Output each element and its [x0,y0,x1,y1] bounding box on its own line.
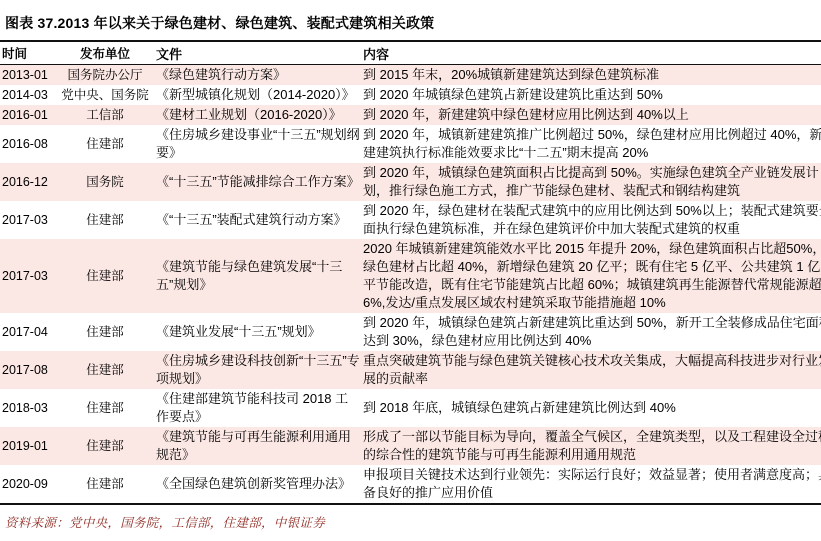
row-date: 2016-08 [0,135,58,153]
page-title: 图表 37.2013 年以来关于绿色建材、绿色建筑、装配式建筑相关政策 [0,0,821,40]
row-date: 2016-01 [0,106,58,124]
row-date: 2019-01 [0,437,58,455]
row-content: 到 2020 年，城镇绿色建筑占新建建筑比重达到 50%，新开工全装修成品住宅面… [362,314,821,350]
row-publisher: 住建部 [58,361,152,379]
row-publisher: 住建部 [58,211,152,229]
row-content: 申报项目关键技术达到行业领先：实际运行良好；效益显著；使用者满意度高；具备良好的… [362,466,821,502]
row-date: 2017-03 [0,211,58,229]
row-date: 2013-01 [0,66,58,84]
table-row: 2013-01 国务院办公厅 《绿色建筑行动方案》 到 2015 年末，20%城… [0,65,821,85]
row-document: 《新型城镇化规划（2014-2020）》 [152,86,362,104]
table-row: 2017-03 住建部 《“十三五”装配式建筑行动方案》 到 2020 年，绿色… [0,201,821,239]
row-document: 《建筑业发展“十三五”规划》 [152,323,362,341]
row-content: 2020 年城镇新建建筑能效水平比 2015 年提升 20%，绿色建筑面积占比超… [362,240,821,312]
table-row: 2016-12 国务院 《“十三五”节能减排综合工作方案》 到 2020 年，城… [0,163,821,201]
header-cell-document: 文件 [152,44,362,63]
row-publisher: 国务院 [58,173,152,191]
report-table-figure: 图表 37.2013 年以来关于绿色建材、绿色建筑、装配式建筑相关政策 时间 发… [0,0,821,541]
row-publisher: 住建部 [58,323,152,341]
row-date: 2018-03 [0,399,58,417]
row-date: 2017-04 [0,323,58,341]
row-content: 到 2020 年城镇绿色建筑占新建设建筑比重达到 50% [362,86,821,104]
row-document: 《建材工业规划（2016-2020）》 [152,106,362,124]
row-content: 到 2015 年末，20%城镇新建建筑达到绿色建筑标准 [362,66,821,84]
row-document: 《住建部建筑节能科技司 2018 工作要点》 [152,390,362,426]
row-date: 2020-09 [0,475,58,493]
row-publisher: 住建部 [58,135,152,153]
row-content: 到 2020 年，城镇绿色建筑面积占比提高到 50%。实施绿色建筑全产业链发展计… [362,164,821,200]
row-document: 《全国绿色建筑创新奖管理办法》 [152,475,362,493]
table-row: 2017-03 住建部 《建筑节能与绿色建筑发展“十三五”规划》 2020 年城… [0,239,821,313]
row-document: 《“十三五”节能减排综合工作方案》 [152,173,362,191]
row-publisher: 住建部 [58,399,152,417]
table-body: 2013-01 国务院办公厅 《绿色建筑行动方案》 到 2015 年末，20%城… [0,65,821,503]
row-date: 2014-03 [0,86,58,104]
row-publisher: 住建部 [58,437,152,455]
row-content: 形成了一部以节能目标为导向，覆盖全气候区，全建筑类型，以及工程建设全过程的综合性… [362,428,821,464]
source-note: 资料来源：党中央，国务院，工信部，住建部，中银证券 [0,505,821,531]
row-document: 《绿色建筑行动方案》 [152,66,362,84]
row-publisher: 住建部 [58,475,152,493]
row-publisher: 工信部 [58,106,152,124]
table-row: 2014-03 党中央、国务院 《新型城镇化规划（2014-2020）》 到 2… [0,85,821,105]
row-publisher: 住建部 [58,267,152,285]
row-publisher: 国务院办公厅 [58,66,152,84]
row-content: 到 2020 年，城镇新建建筑推广比例超过 50%，绿色建材应用比例超过 40%… [362,126,821,162]
table-row: 2016-08 住建部 《住房城乡建设事业“十三五”规划纲要》 到 2020 年… [0,125,821,163]
row-document: 《住房城乡建设科技创新“十三五”专项规划》 [152,352,362,388]
header-cell-time: 时间 [0,44,58,62]
row-date: 2017-03 [0,267,58,285]
table-header: 时间 发布单位 文件 内容 [0,42,821,65]
row-document: 《建筑节能与可再生能源利用通用规范》 [152,428,362,464]
row-content: 重点突破建筑节能与绿色建筑关键核心技术攻关集成，大幅提高科技进步对行业发展的贡献… [362,352,821,388]
table-row: 2016-01 工信部 《建材工业规划（2016-2020）》 到 2020 年… [0,105,821,125]
row-document: 《住房城乡建设事业“十三五”规划纲要》 [152,126,362,162]
row-document: 《建筑节能与绿色建筑发展“十三五”规划》 [152,258,362,294]
header-cell-issuer: 发布单位 [58,44,152,62]
row-publisher: 党中央、国务院 [58,86,152,104]
row-content: 到 2020 年，新建建筑中绿色建材应用比例达到 40%以上 [362,106,821,124]
row-date: 2016-12 [0,173,58,191]
row-content: 到 2020 年，绿色建材在装配式建筑中的应用比例达到 50%以上；装配式建筑要… [362,202,821,238]
row-date: 2017-08 [0,361,58,379]
table-row: 2018-03 住建部 《住建部建筑节能科技司 2018 工作要点》 到 201… [0,389,821,427]
table-row: 2017-08 住建部 《住房城乡建设科技创新“十三五”专项规划》 重点突破建筑… [0,351,821,389]
row-content: 到 2018 年底，城镇绿色建筑占新建建筑比例达到 40% [362,399,821,417]
header-cell-content: 内容 [362,44,821,63]
table-row: 2020-09 住建部 《全国绿色建筑创新奖管理办法》 申报项目关键技术达到行业… [0,465,821,503]
table-row: 2017-04 住建部 《建筑业发展“十三五”规划》 到 2020 年，城镇绿色… [0,313,821,351]
table-row: 2019-01 住建部 《建筑节能与可再生能源利用通用规范》 形成了一部以节能目… [0,427,821,465]
row-document: 《“十三五”装配式建筑行动方案》 [152,211,362,229]
